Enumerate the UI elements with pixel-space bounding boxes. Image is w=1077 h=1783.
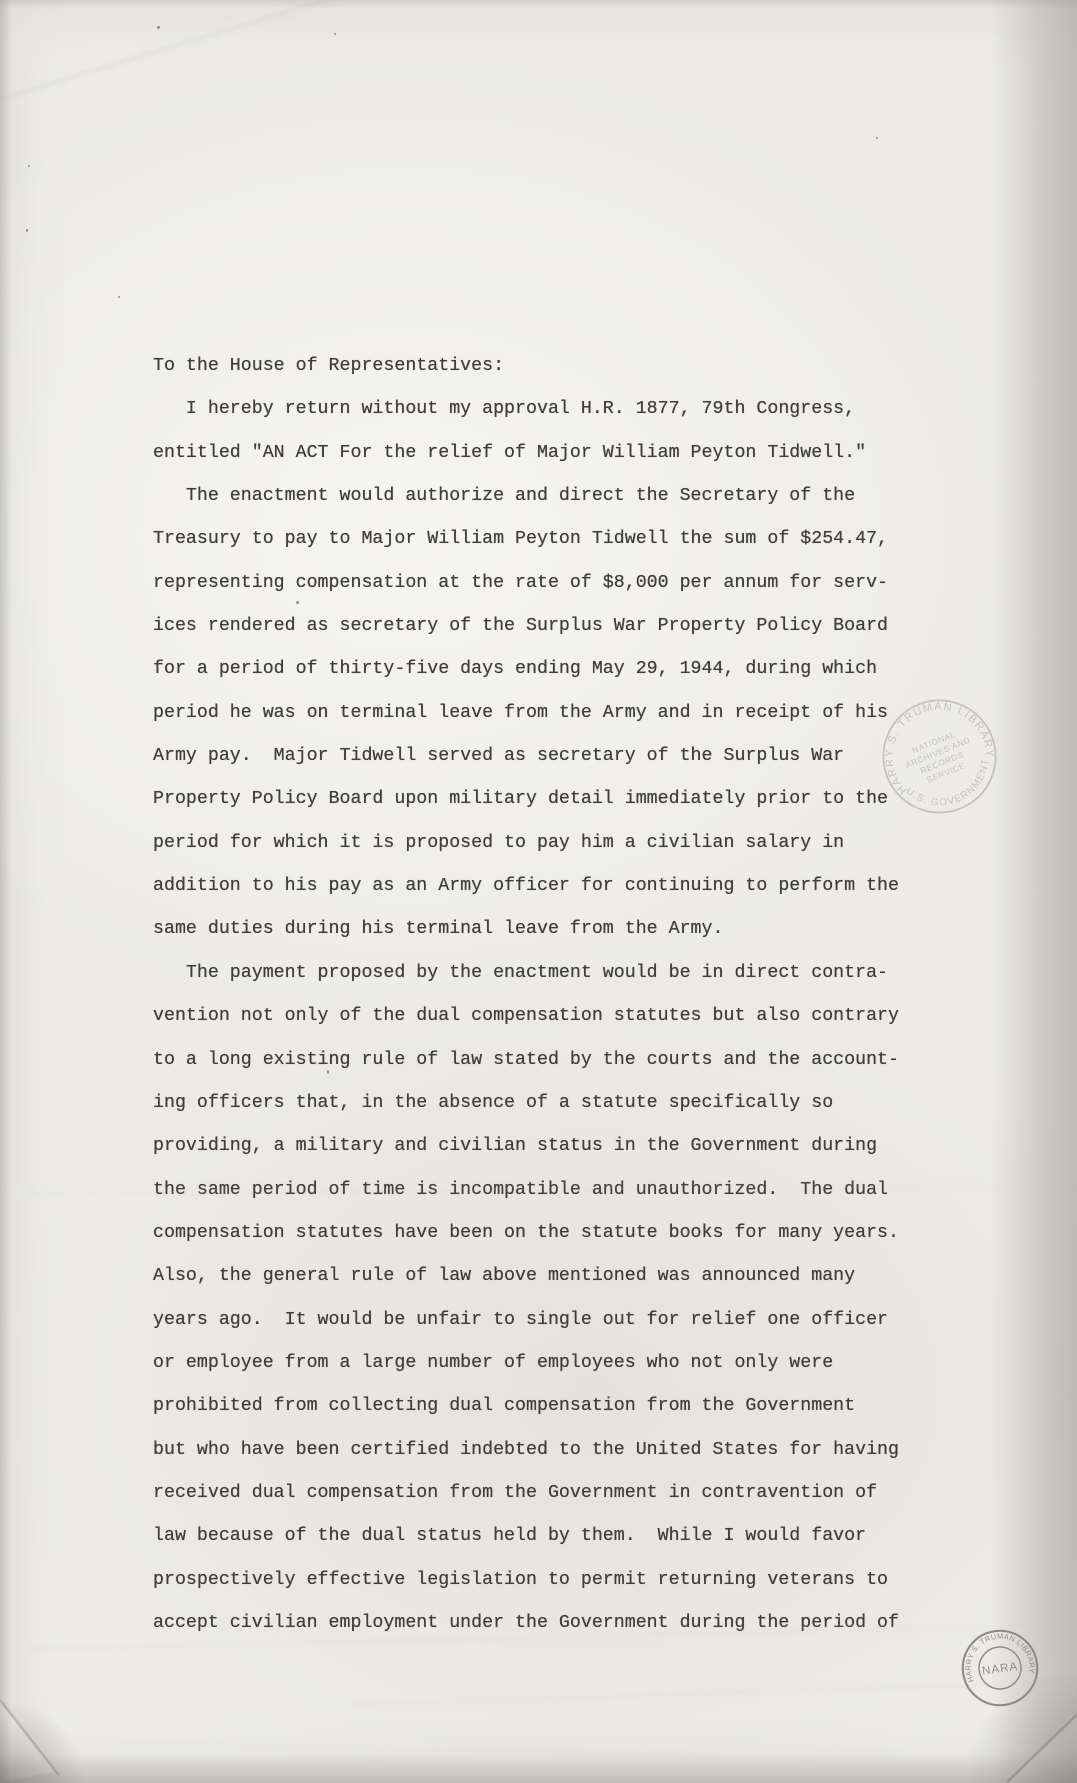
document-line: but who have been certified indebted to … [153, 1429, 953, 1472]
document-line: representing compensation at the rate of… [153, 562, 953, 605]
truman-library-nara-stamp: HARRY S. TRUMAN LIBRARY NARA [950, 1618, 1049, 1717]
document-line: law because of the dual status held by t… [153, 1515, 953, 1558]
document-line: received dual compensation from the Gove… [153, 1472, 953, 1515]
folded-corner-bottom-left [0, 1698, 56, 1783]
document-line: addition to his pay as an Army officer f… [153, 865, 953, 908]
page-edge-shadow-right [991, 0, 1077, 1783]
paper-speck [26, 229, 28, 232]
scanned-document-page: To the House of Representatives: I hereb… [0, 0, 1077, 1783]
document-line: accept civilian employment under the Gov… [153, 1602, 953, 1645]
document-line: To the House of Representatives: [153, 345, 953, 388]
document-line: for a period of thirty-five days ending … [153, 648, 953, 691]
document-line: period he was on terminal leave from the… [153, 692, 953, 735]
document-line: Also, the general rule of law above ment… [153, 1255, 953, 1298]
document-line: prohibited from collecting dual compensa… [153, 1385, 953, 1428]
paper-speck [334, 33, 336, 35]
folded-corner-bottom-right [1009, 1717, 1077, 1783]
page-edge-shadow-top [0, 0, 1077, 9]
fold-seam [0, 1699, 59, 1775]
document-line: prospectively effective legislation to p… [153, 1559, 953, 1602]
paper-speck [157, 26, 160, 29]
fold-seam [1006, 1714, 1077, 1783]
document-line: ing officers that, in the absence of a s… [153, 1082, 953, 1125]
page-edge-shadow-bottom [0, 1753, 1077, 1783]
document-line: entitled "AN ACT For the relief of Major… [153, 432, 953, 475]
paper-crease [120, 1738, 720, 1757]
document-line: I hereby return without my approval H.R.… [153, 388, 953, 431]
paper-crease [0, 0, 346, 106]
document-line: period for which it is proposed to pay h… [153, 822, 953, 865]
document-line: or employee from a large number of emplo… [153, 1342, 953, 1385]
paper-speck [118, 296, 120, 298]
paper-crease [350, 1678, 1060, 1706]
document-text: To the House of Representatives: I hereb… [153, 345, 953, 1645]
corner-shadow [0, 1703, 90, 1783]
document-line: the same period of time is incompatible … [153, 1169, 953, 1212]
paper-speck [876, 137, 878, 139]
document-line: vention not only of the dual compensatio… [153, 995, 953, 1038]
document-line: providing, a military and civilian statu… [153, 1125, 953, 1168]
document-line: The payment proposed by the enactment wo… [153, 952, 953, 995]
page-edge-shadow-left [0, 0, 12, 1783]
stamp-center-text: NARA [981, 1661, 1019, 1678]
paper-speck [28, 165, 30, 167]
document-line: Property Policy Board upon military deta… [153, 778, 953, 821]
document-line: Army pay. Major Tidwell served as secret… [153, 735, 953, 778]
document-line: Treasury to pay to Major William Peyton … [153, 518, 953, 561]
document-line: ices rendered as secretary of the Surplu… [153, 605, 953, 648]
document-line: years ago. It would be unfair to single … [153, 1299, 953, 1342]
document-line: to a long existing rule of law stated by… [153, 1039, 953, 1082]
document-line: compensation statutes have been on the s… [153, 1212, 953, 1255]
document-line: The enactment would authorize and direct… [153, 475, 953, 518]
document-line: same duties during his terminal leave fr… [153, 908, 953, 951]
